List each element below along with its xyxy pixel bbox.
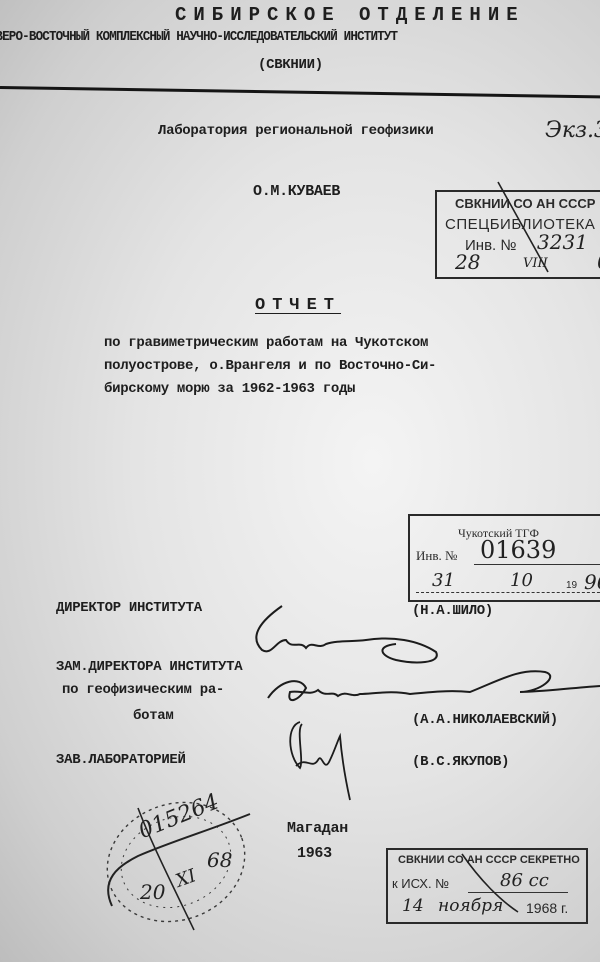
outgoing-stamp-strike bbox=[0, 0, 600, 962]
